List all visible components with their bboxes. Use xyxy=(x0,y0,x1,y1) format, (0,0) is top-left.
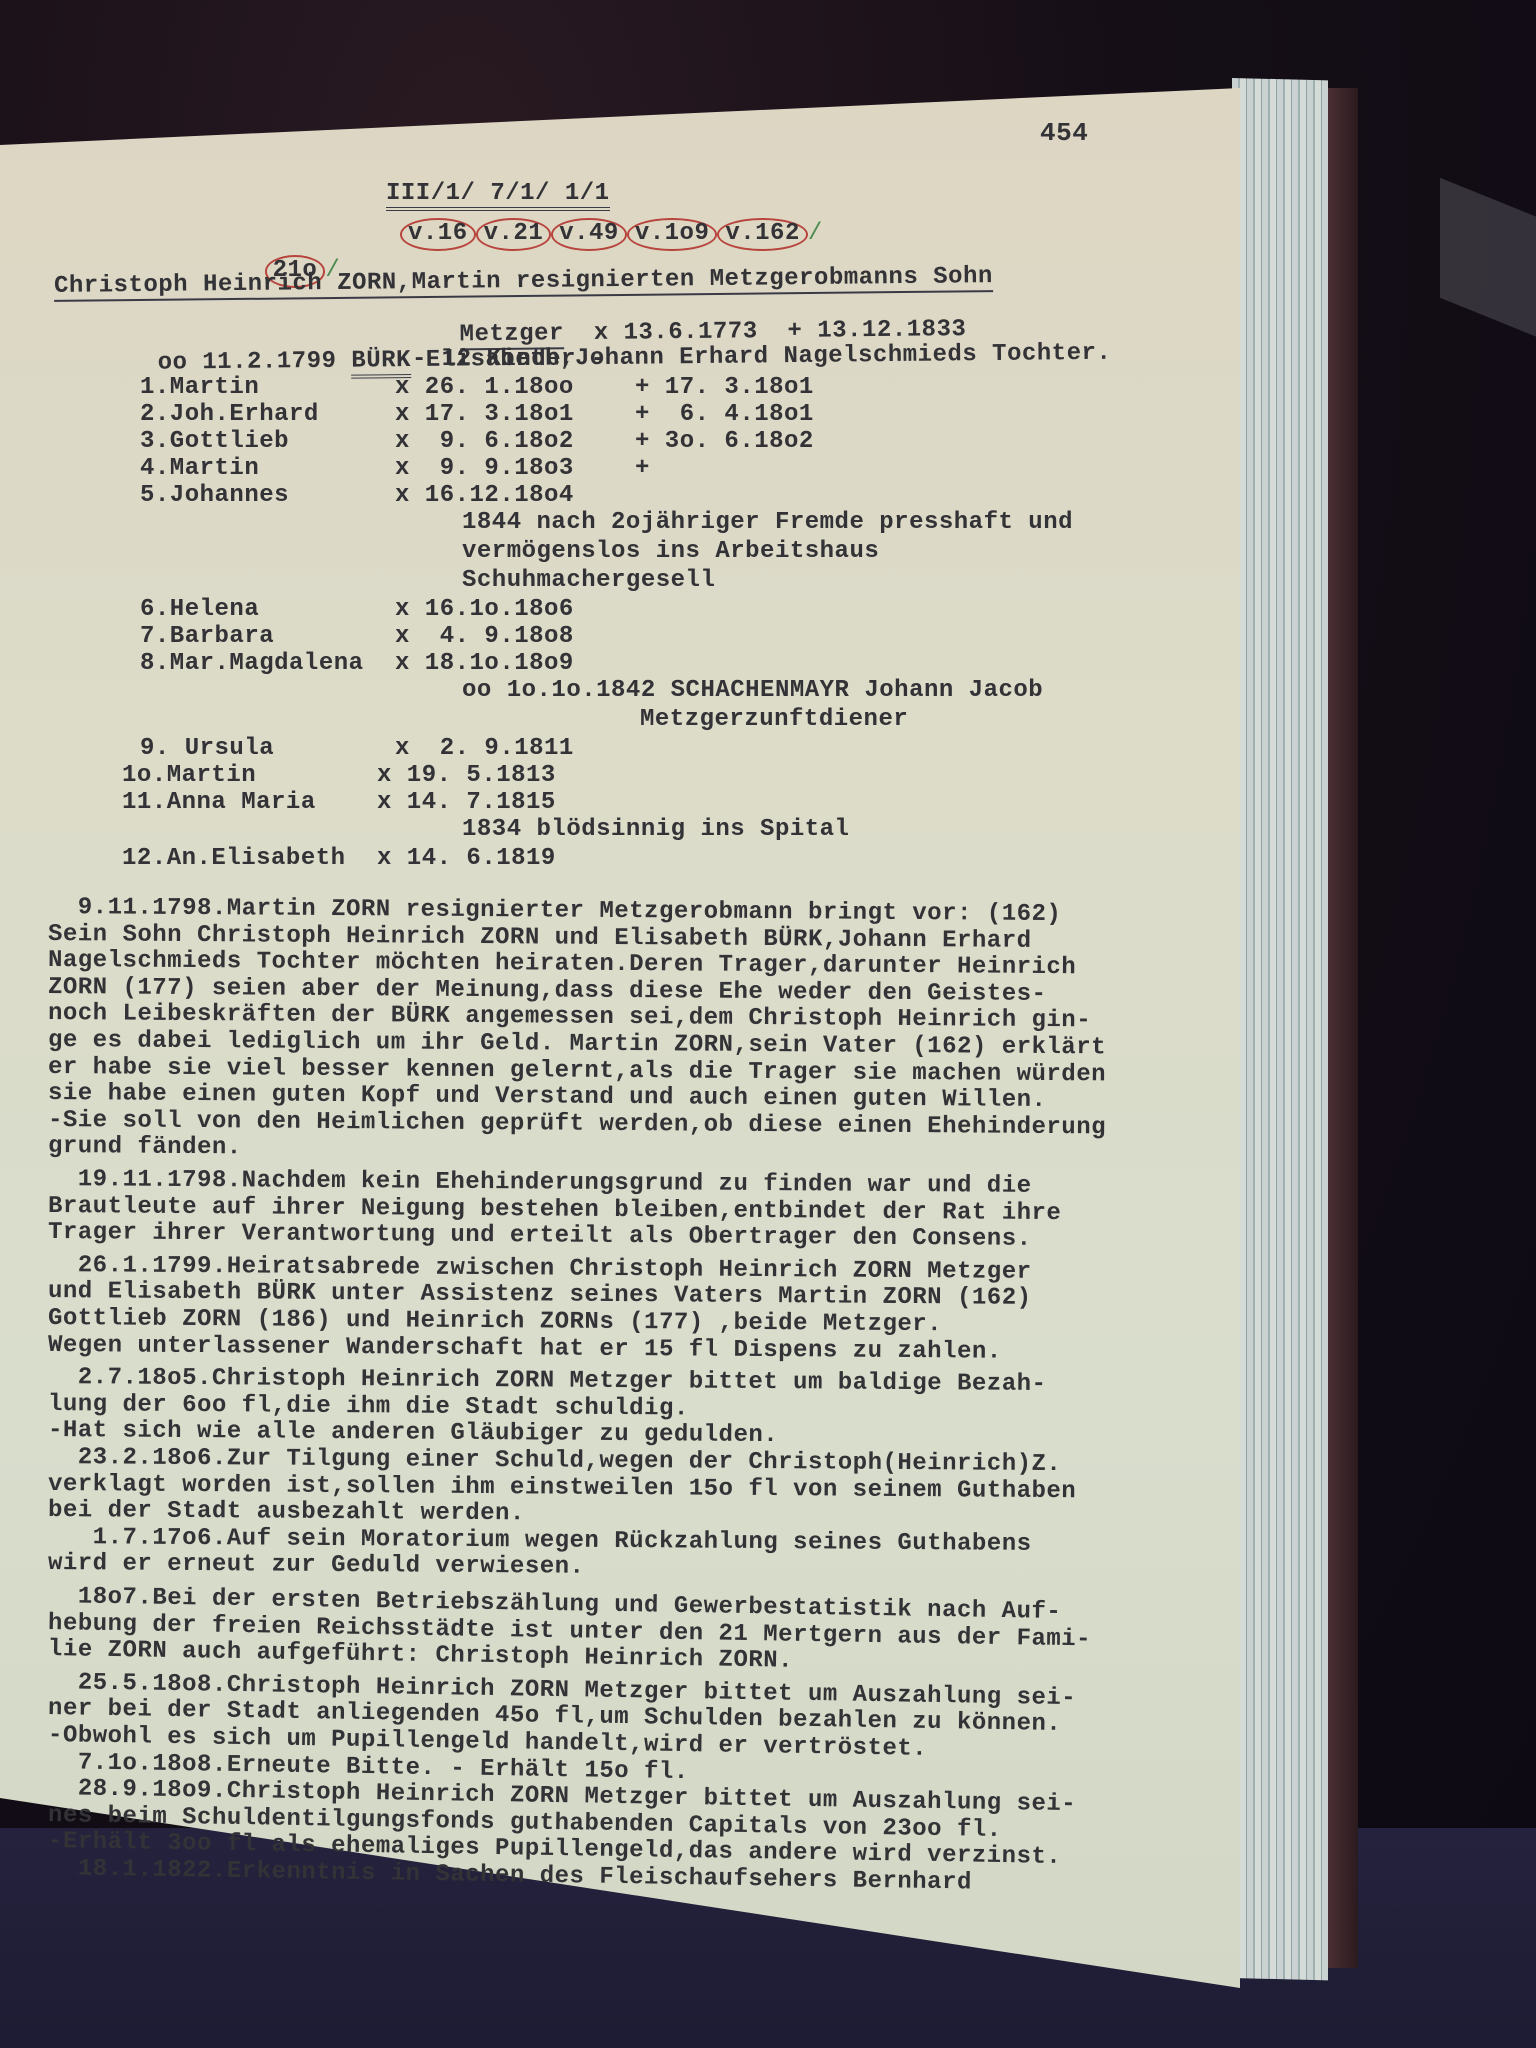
child-name: 1.Martin xyxy=(140,374,395,401)
classification-code: III/1/ 7/1/ 1/1 xyxy=(386,180,610,211)
child-row: 6.Helenax 16.1o.18o6 xyxy=(140,596,635,623)
child-birth: x 14. 7.1815 xyxy=(377,789,617,816)
child-death: + 17. 3.18o1 xyxy=(635,374,814,401)
child-name: 3.Gottlieb xyxy=(140,428,395,455)
child-name: 12.An.Elisabeth xyxy=(122,845,377,872)
child-name: 2.Joh.Erhard xyxy=(140,401,395,428)
reference-tag: v.21 xyxy=(476,218,552,251)
child-note: vermögenslos ins Arbeitshaus xyxy=(462,538,879,565)
child-birth: x 19. 5.1813 xyxy=(377,762,617,789)
reference-tag: v.49 xyxy=(551,218,627,251)
child-birth: x 17. 3.18o1 xyxy=(395,401,635,428)
child-row: 1o.Martinx 19. 5.1813 xyxy=(122,762,617,789)
body-line: bei der Stadt ausbezahlt werden. xyxy=(48,1497,525,1527)
check-tick-icon: / xyxy=(808,220,823,247)
child-note: Schuhmachergesell xyxy=(462,567,715,594)
body-line: Trager ihrer Verantwortung und erteilt a… xyxy=(48,1219,1032,1253)
child-name: 5.Johannes xyxy=(140,482,395,509)
child-name: 7.Barbara xyxy=(140,623,395,650)
child-birth: x 26. 1.18oo xyxy=(395,374,635,401)
reference-tag: v.1o9 xyxy=(627,218,718,251)
child-note: oo 1o.1o.1842 SCHACHENMAYR Johann Jacob xyxy=(462,677,1043,704)
child-note: 1834 blödsinnig ins Spital xyxy=(462,816,849,843)
child-death: + xyxy=(635,455,650,482)
child-note: 1844 nach 2ojähriger Fremde presshaft un… xyxy=(462,509,1073,536)
child-row: 2.Joh.Erhardx 17. 3.18o1+ 6. 4.18o1 xyxy=(140,401,814,428)
children-heading: - 12 Kinder - xyxy=(412,346,606,373)
body-line: grund fänden. xyxy=(48,1133,242,1161)
child-name: 11.Anna Maria xyxy=(122,789,377,816)
reference-list: v.16v.21v.49v.1o9v.162/ xyxy=(400,218,823,251)
child-birth: x 16.1o.18o6 xyxy=(395,596,635,623)
child-name: 6.Helena xyxy=(140,596,395,623)
child-birth: x 18.1o.18o9 xyxy=(395,650,635,677)
child-row: 1.Martinx 26. 1.18oo+ 17. 3.18o1 xyxy=(140,374,814,401)
child-birth: x 16.12.18o4 xyxy=(395,482,635,509)
child-birth: x 9. 6.18o2 xyxy=(395,428,635,455)
child-row: 7.Barbarax 4. 9.18o8 xyxy=(140,623,635,650)
child-birth: x 4. 9.18o8 xyxy=(395,623,635,650)
child-row: 4.Martinx 9. 9.18o3+ xyxy=(140,455,650,482)
child-birth: x 9. 9.18o3 xyxy=(395,455,635,482)
child-row: 9. Ursulax 2. 9.1811 xyxy=(140,735,635,762)
child-row: 11.Anna Mariax 14. 7.1815 xyxy=(122,789,617,816)
child-death: + 3o. 6.18o2 xyxy=(635,428,814,455)
child-name: 8.Mar.Magdalena xyxy=(140,650,395,677)
child-row: 8.Mar.Magdalenax 18.1o.18o9 xyxy=(140,650,635,677)
child-note: Metzgerzunftdiener xyxy=(640,706,908,733)
reference-tag: v.16 xyxy=(400,218,476,251)
child-birth: x 14. 6.1819 xyxy=(377,845,617,872)
page-number: 454 xyxy=(1040,118,1088,148)
child-birth: x 2. 9.1811 xyxy=(395,735,635,762)
child-name: 1o.Martin xyxy=(122,762,377,789)
child-row: 12.An.Elisabethx 14. 6.1819 xyxy=(122,845,617,872)
child-row: 5.Johannesx 16.12.18o4 xyxy=(140,482,635,509)
child-name: 4.Martin xyxy=(140,455,395,482)
reference-tag: v.162 xyxy=(717,218,808,251)
child-death: + 6. 4.18o1 xyxy=(635,401,814,428)
page-content: 454 III/1/ 7/1/ 1/1 21o/ v.16v.21v.49v.1… xyxy=(0,0,1240,2048)
marriage-date: oo 11.2.1799 xyxy=(157,348,336,377)
book-page-edges xyxy=(1232,78,1328,1980)
child-name: 9. Ursula xyxy=(140,735,395,762)
child-row: 3.Gottliebx 9. 6.18o2+ 3o. 6.18o2 xyxy=(140,428,814,455)
body-line: wird er erneut zur Geduld verwiesen. xyxy=(48,1550,585,1581)
background-light-strip xyxy=(1440,178,1536,342)
